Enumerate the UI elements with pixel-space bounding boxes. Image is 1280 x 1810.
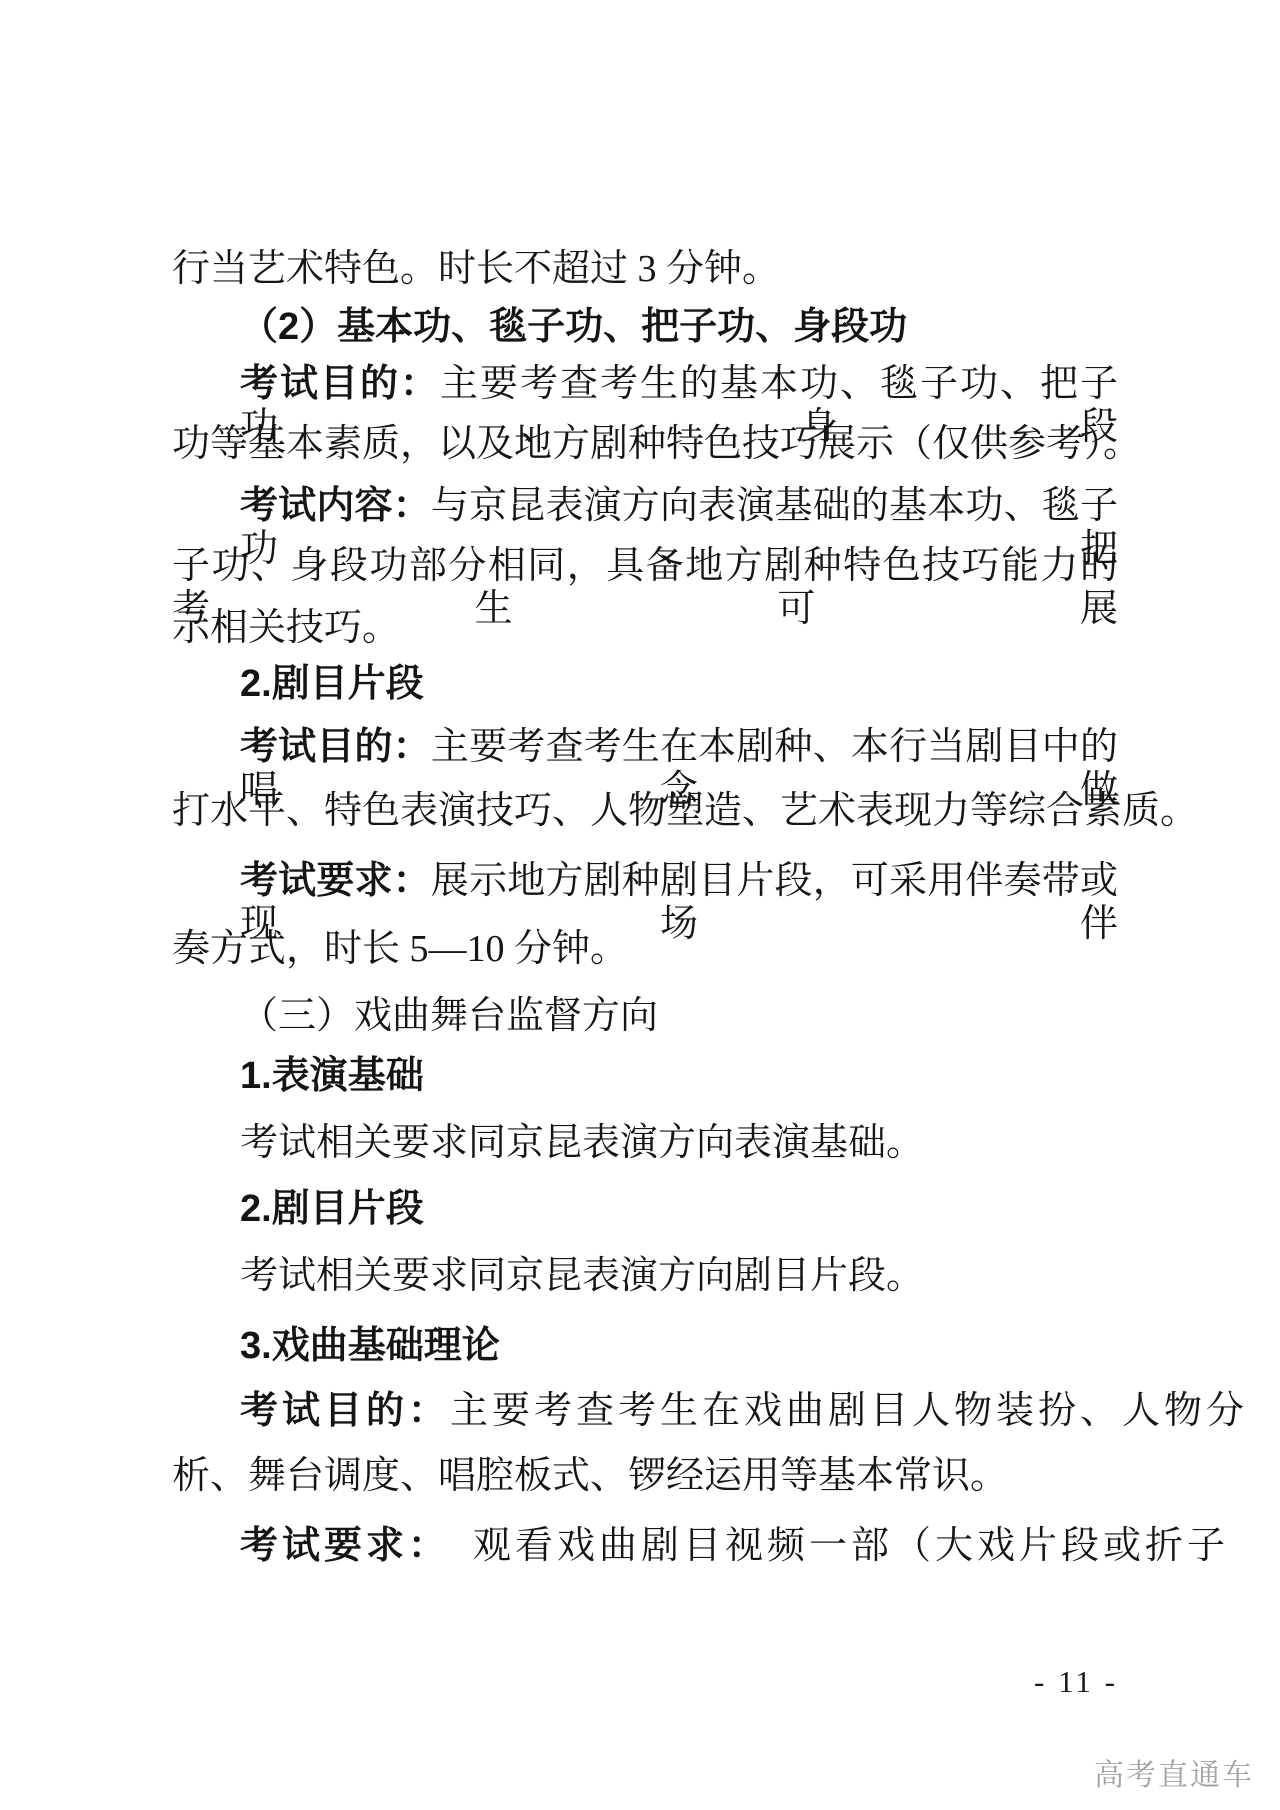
line-text: 考试相关要求同京昆表演方向表演基础。 bbox=[240, 1122, 924, 1164]
line-text: 1.表演基础 bbox=[240, 1055, 424, 1097]
line-text: 打水平、特色表演技巧、人物塑造、艺术表现力等综合素质。 bbox=[172, 790, 1198, 832]
watermark-text: 高考直通车 bbox=[1094, 1750, 1254, 1794]
exam-label: 考试目的： bbox=[240, 726, 431, 768]
text-line: 功等基本素质，以及地方剧种特色技巧展示（仅供参考）。 bbox=[172, 423, 1118, 466]
section-heading: 3.戏曲基础理论 bbox=[172, 1325, 1118, 1368]
line-text: 析、舞台调度、唱腔板式、锣经运用等基本常识。 bbox=[172, 1455, 1008, 1497]
section-heading: （三）戏曲舞台监督方向 bbox=[172, 995, 1118, 1038]
section-heading: （2）基本功、毯子功、把子功、身段功 bbox=[172, 306, 1118, 349]
line-text: 行当艺术特色。时长不超过 3 分钟。 bbox=[172, 248, 780, 290]
line-text: 奏方式，时长 5—10 分钟。 bbox=[172, 928, 628, 970]
document-body: 行当艺术特色。时长不超过 3 分钟。 （2）基本功、毯子功、把子功、身段功 考试… bbox=[172, 0, 1118, 1810]
text-line: 奏方式，时长 5—10 分钟。 bbox=[172, 928, 1118, 971]
exam-label: 考试要求： bbox=[240, 860, 431, 902]
text-line: 示相关技巧。 bbox=[172, 607, 1118, 650]
text-line: 考试要求： 观看戏曲剧目视频一部（大戏片段或折子 bbox=[172, 1525, 1118, 1568]
line-text: （2）基本功、毯子功、把子功、身段功 bbox=[240, 306, 907, 348]
line-text: 功等基本素质，以及地方剧种特色技巧展示（仅供参考）。 bbox=[172, 423, 1141, 465]
page-number: - 11 - bbox=[172, 1664, 1118, 1700]
exam-label: 考试目的： bbox=[240, 1390, 450, 1432]
line-text: （三）戏曲舞台监督方向 bbox=[240, 995, 658, 1037]
text-line: 考试相关要求同京昆表演方向表演基础。 bbox=[172, 1122, 1118, 1165]
text-line: 考试相关要求同京昆表演方向剧目片段。 bbox=[172, 1255, 1118, 1298]
line-text: 示相关技巧。 bbox=[172, 607, 400, 649]
line-text: 考试相关要求同京昆表演方向剧目片段。 bbox=[240, 1255, 924, 1297]
text-line: 打水平、特色表演技巧、人物塑造、艺术表现力等综合素质。 bbox=[172, 790, 1118, 833]
text-line: 考试目的：主要考查考生在戏曲剧目人物装扮、人物分 bbox=[172, 1390, 1118, 1433]
text-line: 析、舞台调度、唱腔板式、锣经运用等基本常识。 bbox=[172, 1455, 1118, 1498]
document-page: 行当艺术特色。时长不超过 3 分钟。 （2）基本功、毯子功、把子功、身段功 考试… bbox=[0, 0, 1280, 1810]
exam-label: 考试要求： bbox=[240, 1525, 431, 1567]
section-heading: 1.表演基础 bbox=[172, 1055, 1118, 1098]
line-text: 2.剧目片段 bbox=[240, 1188, 424, 1230]
text-line: 行当艺术特色。时长不超过 3 分钟。 bbox=[172, 248, 1118, 291]
section-heading: 2.剧目片段 bbox=[172, 1188, 1118, 1231]
line-text: 3.戏曲基础理论 bbox=[240, 1325, 500, 1367]
section-heading: 2.剧目片段 bbox=[172, 663, 1118, 706]
line-text: 观看戏曲剧目视频一部（大戏片段或折子 bbox=[431, 1525, 1229, 1567]
exam-label: 考试目的： bbox=[240, 363, 440, 405]
exam-label: 考试内容： bbox=[240, 485, 431, 527]
line-text: 2.剧目片段 bbox=[240, 663, 424, 705]
line-text: 主要考查考生在戏曲剧目人物装扮、人物分 bbox=[450, 1390, 1248, 1432]
